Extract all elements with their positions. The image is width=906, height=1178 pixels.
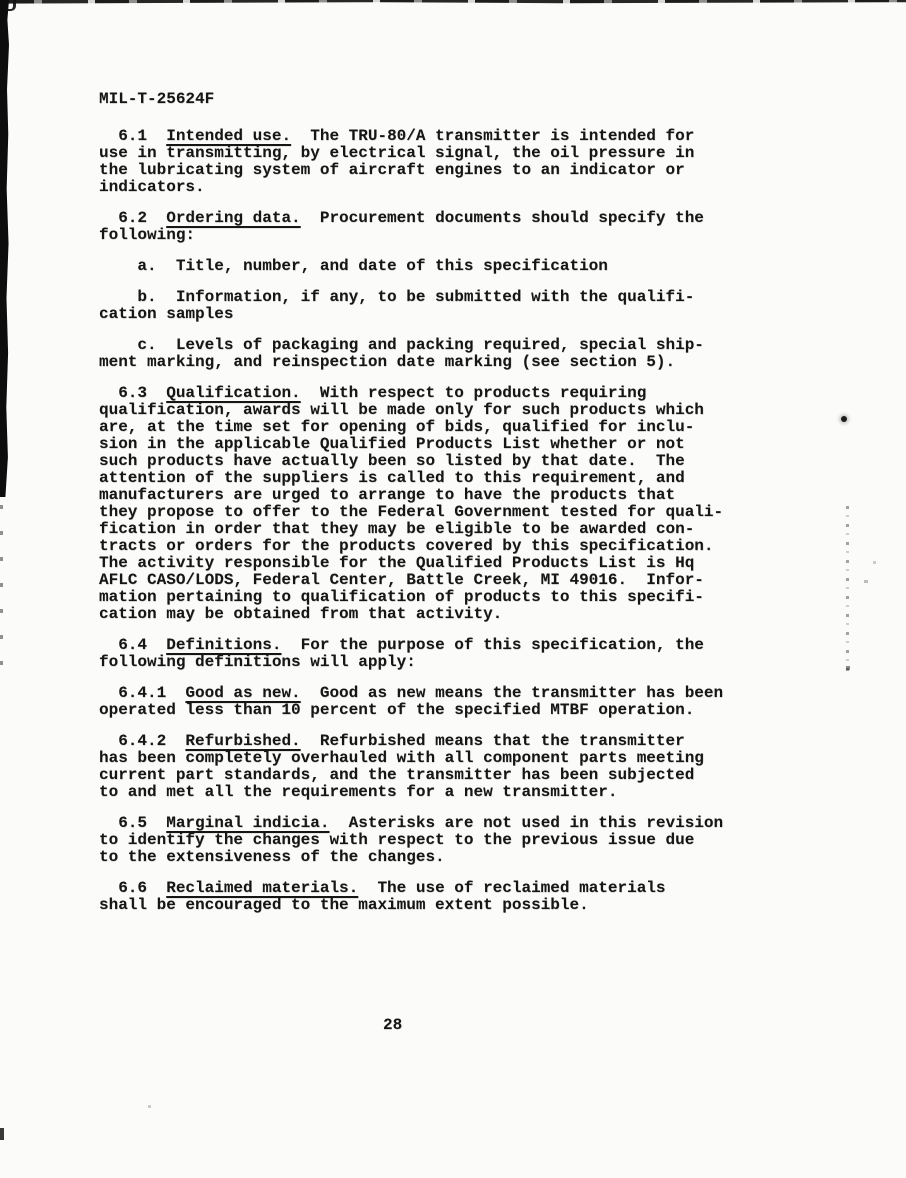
document-body: MIL-T-25624F 6.1 Intended use. The TRU-8… [99, 91, 779, 928]
list-item-a: a. Title, number, and date of this speci… [99, 258, 779, 275]
list-item-text: Levels of packaging and packing required… [99, 336, 704, 371]
section-number: 6.5 [99, 814, 166, 832]
document-id-header: MIL-T-25624F [99, 91, 779, 108]
scan-speck [846, 666, 850, 670]
section-number: 6.3 [99, 384, 166, 402]
section-6-4: 6.4 Definitions. For the purpose of this… [99, 637, 779, 671]
section-6-4-2: 6.4.2 Refurbished. Refurbished means tha… [99, 733, 779, 801]
list-item-label: a. [99, 257, 176, 275]
scan-speck [841, 416, 847, 422]
scanned-document-page: MIL-T-25624F 6.1 Intended use. The TRU-8… [0, 0, 906, 1178]
section-title: Intended use. [166, 127, 291, 145]
scan-edge-left-tail-artifact [0, 505, 3, 665]
scan-edge-left-artifact [0, 0, 9, 497]
section-title: Definitions. [166, 636, 281, 654]
section-6-5: 6.5 Marginal indicia. Asterisks are not … [99, 815, 779, 866]
section-number: 6.2 [99, 209, 166, 227]
list-item-text: Title, number, and date of this specific… [176, 257, 608, 275]
list-item-label: c. [99, 336, 176, 354]
section-title: Marginal indicia. [166, 814, 329, 832]
scan-dotted-line-artifact [846, 506, 849, 671]
section-title: Reclaimed materials. [166, 879, 358, 897]
section-6-6: 6.6 Reclaimed materials. The use of recl… [99, 880, 779, 914]
section-title: Refurbished. [185, 732, 300, 750]
section-6-1: 6.1 Intended use. The TRU-80/A transmitt… [99, 128, 779, 196]
scan-speck [873, 561, 876, 564]
list-item-c: c. Levels of packaging and packing requi… [99, 337, 779, 371]
section-title: Qualification. [166, 384, 300, 402]
section-number: 6.6 [99, 879, 166, 897]
section-number: 6.4.2 [99, 732, 185, 750]
list-item-text: Information, if any, to be submitted wit… [99, 288, 694, 323]
section-6-2: 6.2 Ordering data. Procurement documents… [99, 210, 779, 244]
scan-corner-mark-artifact [6, 0, 16, 11]
section-title: Ordering data. [166, 209, 300, 227]
section-6-4-1: 6.4.1 Good as new. Good as new means the… [99, 685, 779, 719]
scan-speck [0, 1128, 4, 1140]
list-item-b: b. Information, if any, to be submitted … [99, 289, 779, 323]
section-number: 6.4 [99, 636, 166, 654]
page-number: 28 [383, 1017, 402, 1034]
section-number: 6.4.1 [99, 684, 185, 702]
section-title: Good as new. [185, 684, 300, 702]
section-number: 6.1 [99, 127, 166, 145]
section-6-3: 6.3 Qualification. With respect to produ… [99, 385, 779, 623]
scan-speck [864, 580, 868, 583]
section-text: With respect to products requiring quali… [99, 384, 723, 623]
list-item-label: b. [99, 288, 176, 306]
scan-speck [148, 1105, 151, 1108]
scan-edge-top-artifact [0, 0, 906, 4]
